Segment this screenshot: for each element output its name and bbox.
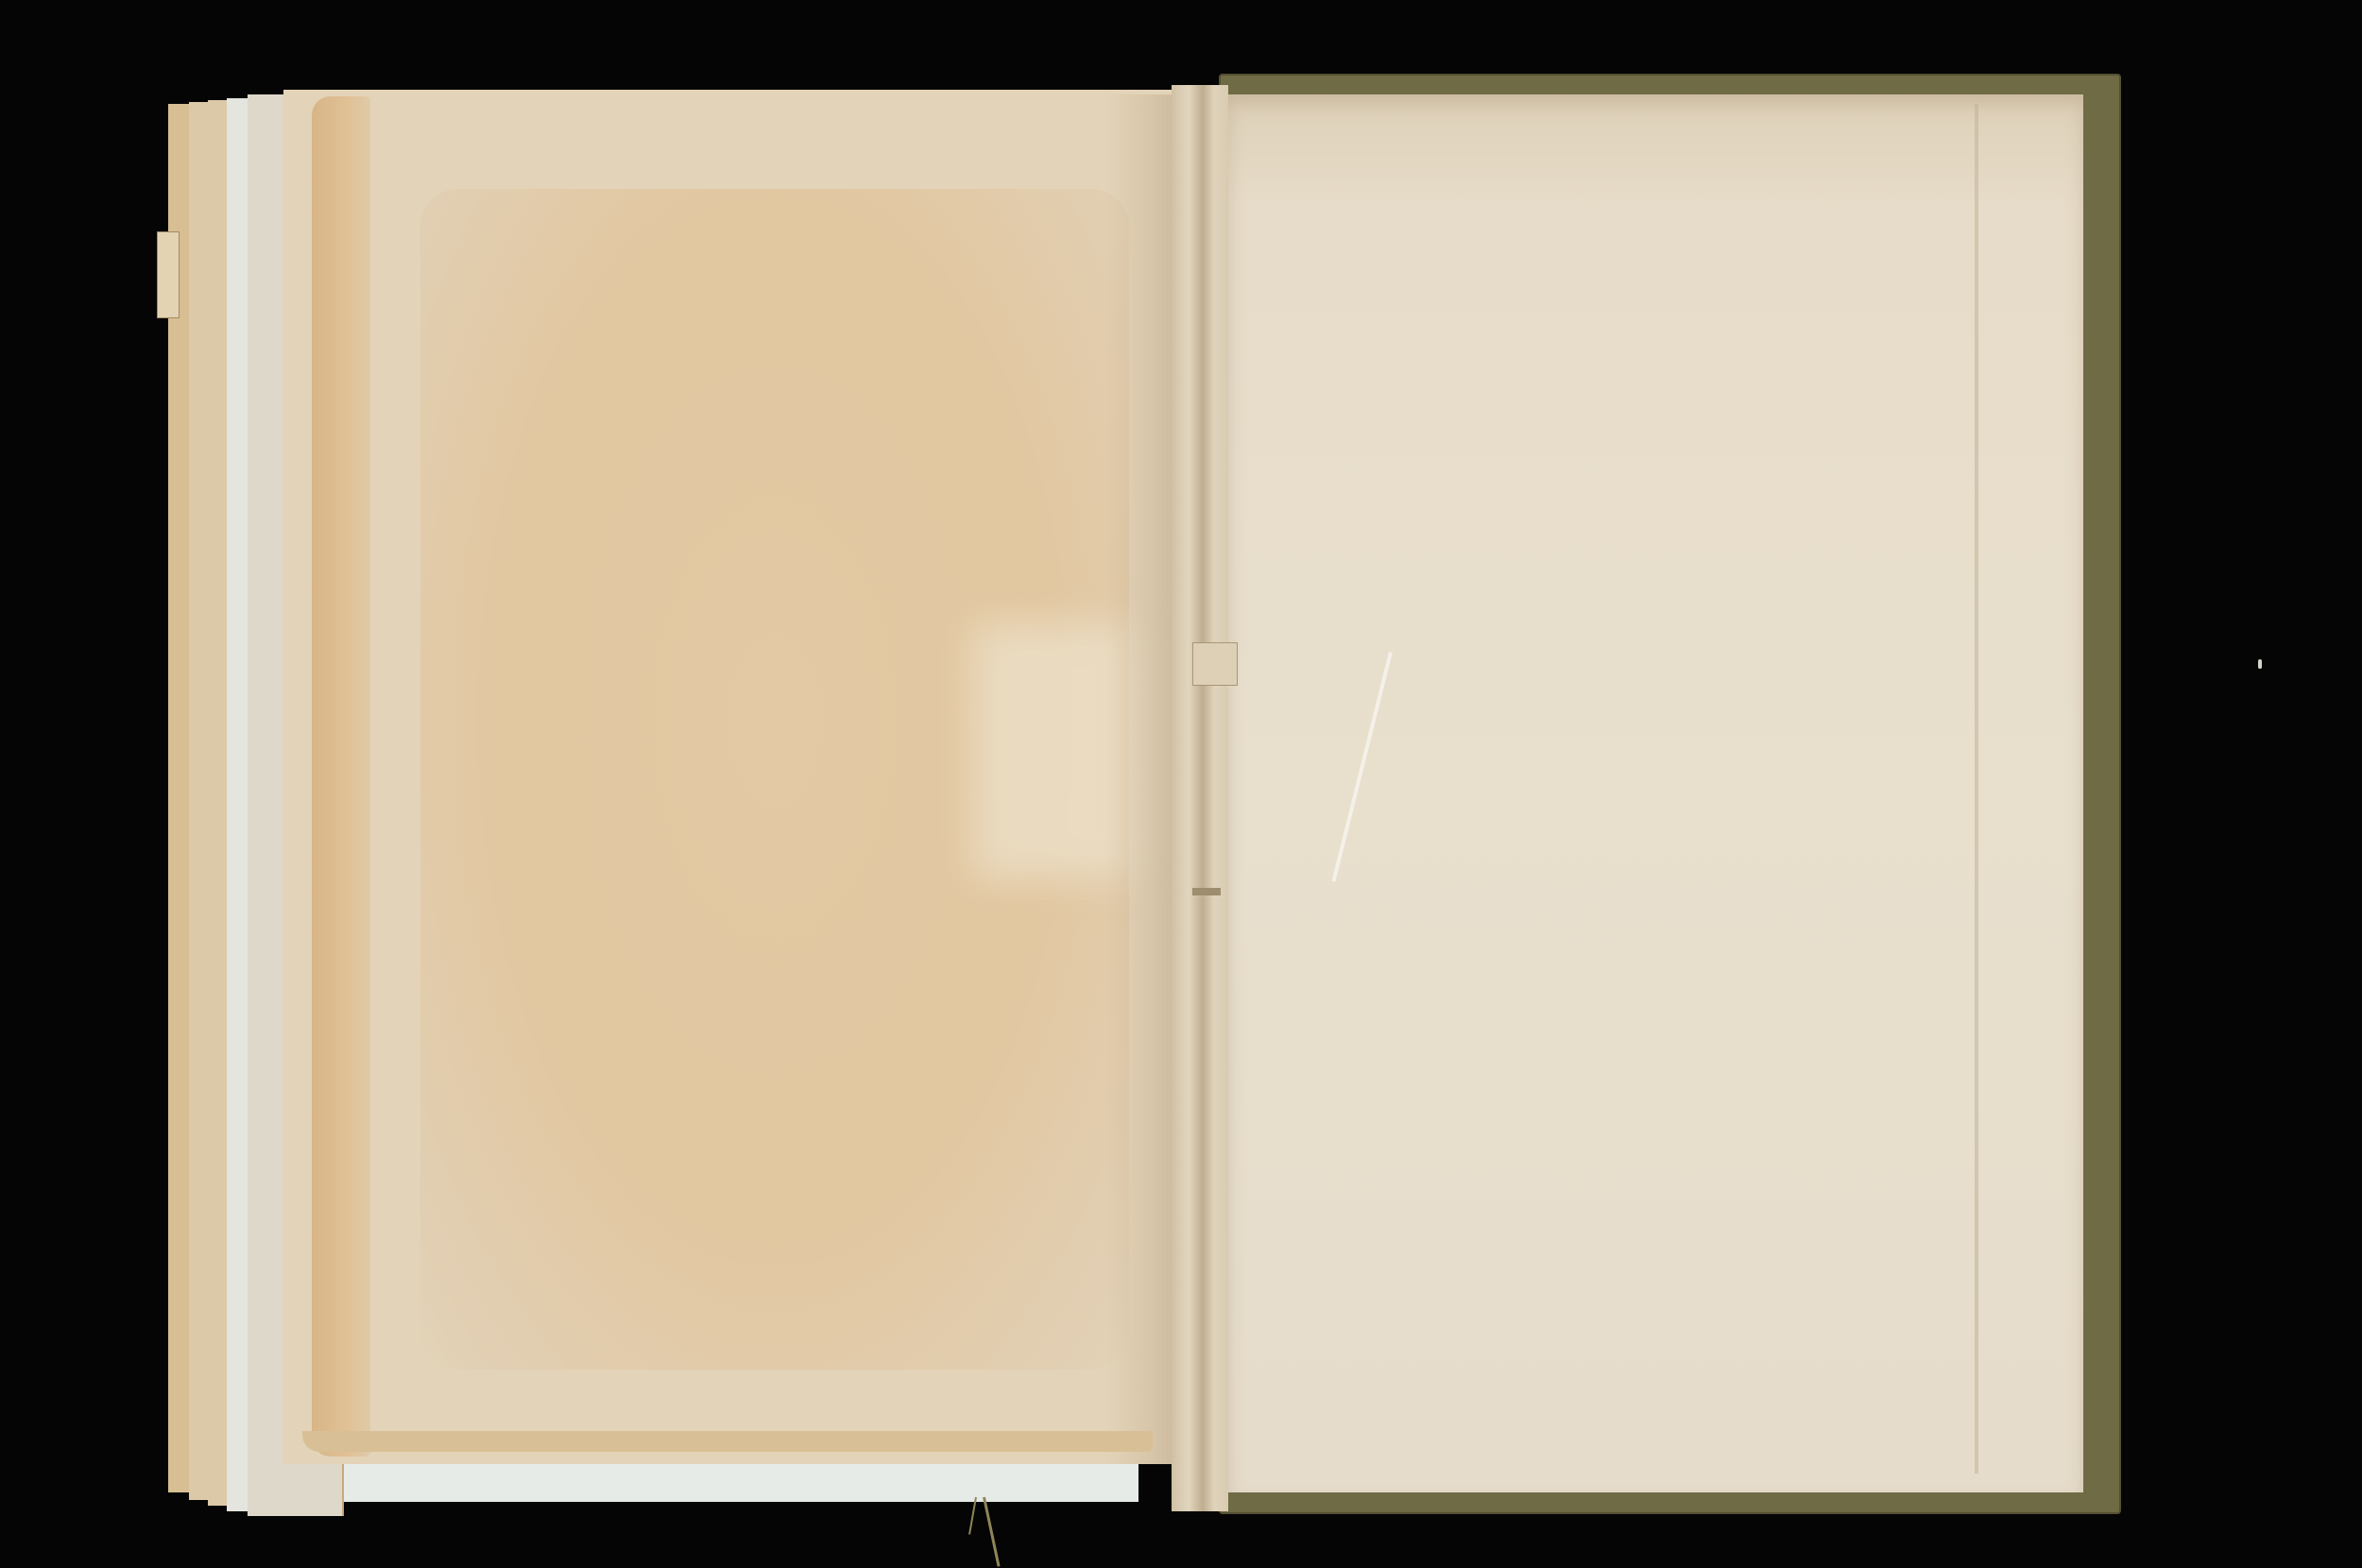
- hinge-tear: [1192, 888, 1221, 895]
- left-page-bottom-tear: [302, 1431, 1153, 1452]
- pastedown-turn-in-edge: [1975, 104, 1978, 1474]
- loose-thread: [983, 1497, 1001, 1567]
- hinge-paper-tab: [1192, 642, 1238, 686]
- dust-speck: [2258, 659, 2262, 669]
- loose-thread: [968, 1497, 977, 1535]
- left-page-gutter-shadow: [1105, 94, 1176, 1464]
- book-gutter-hinge: [1172, 85, 1228, 1511]
- book-photo: [0, 0, 2362, 1568]
- paper-tab-flap: [157, 231, 180, 318]
- left-page-torn-edge: [312, 96, 370, 1457]
